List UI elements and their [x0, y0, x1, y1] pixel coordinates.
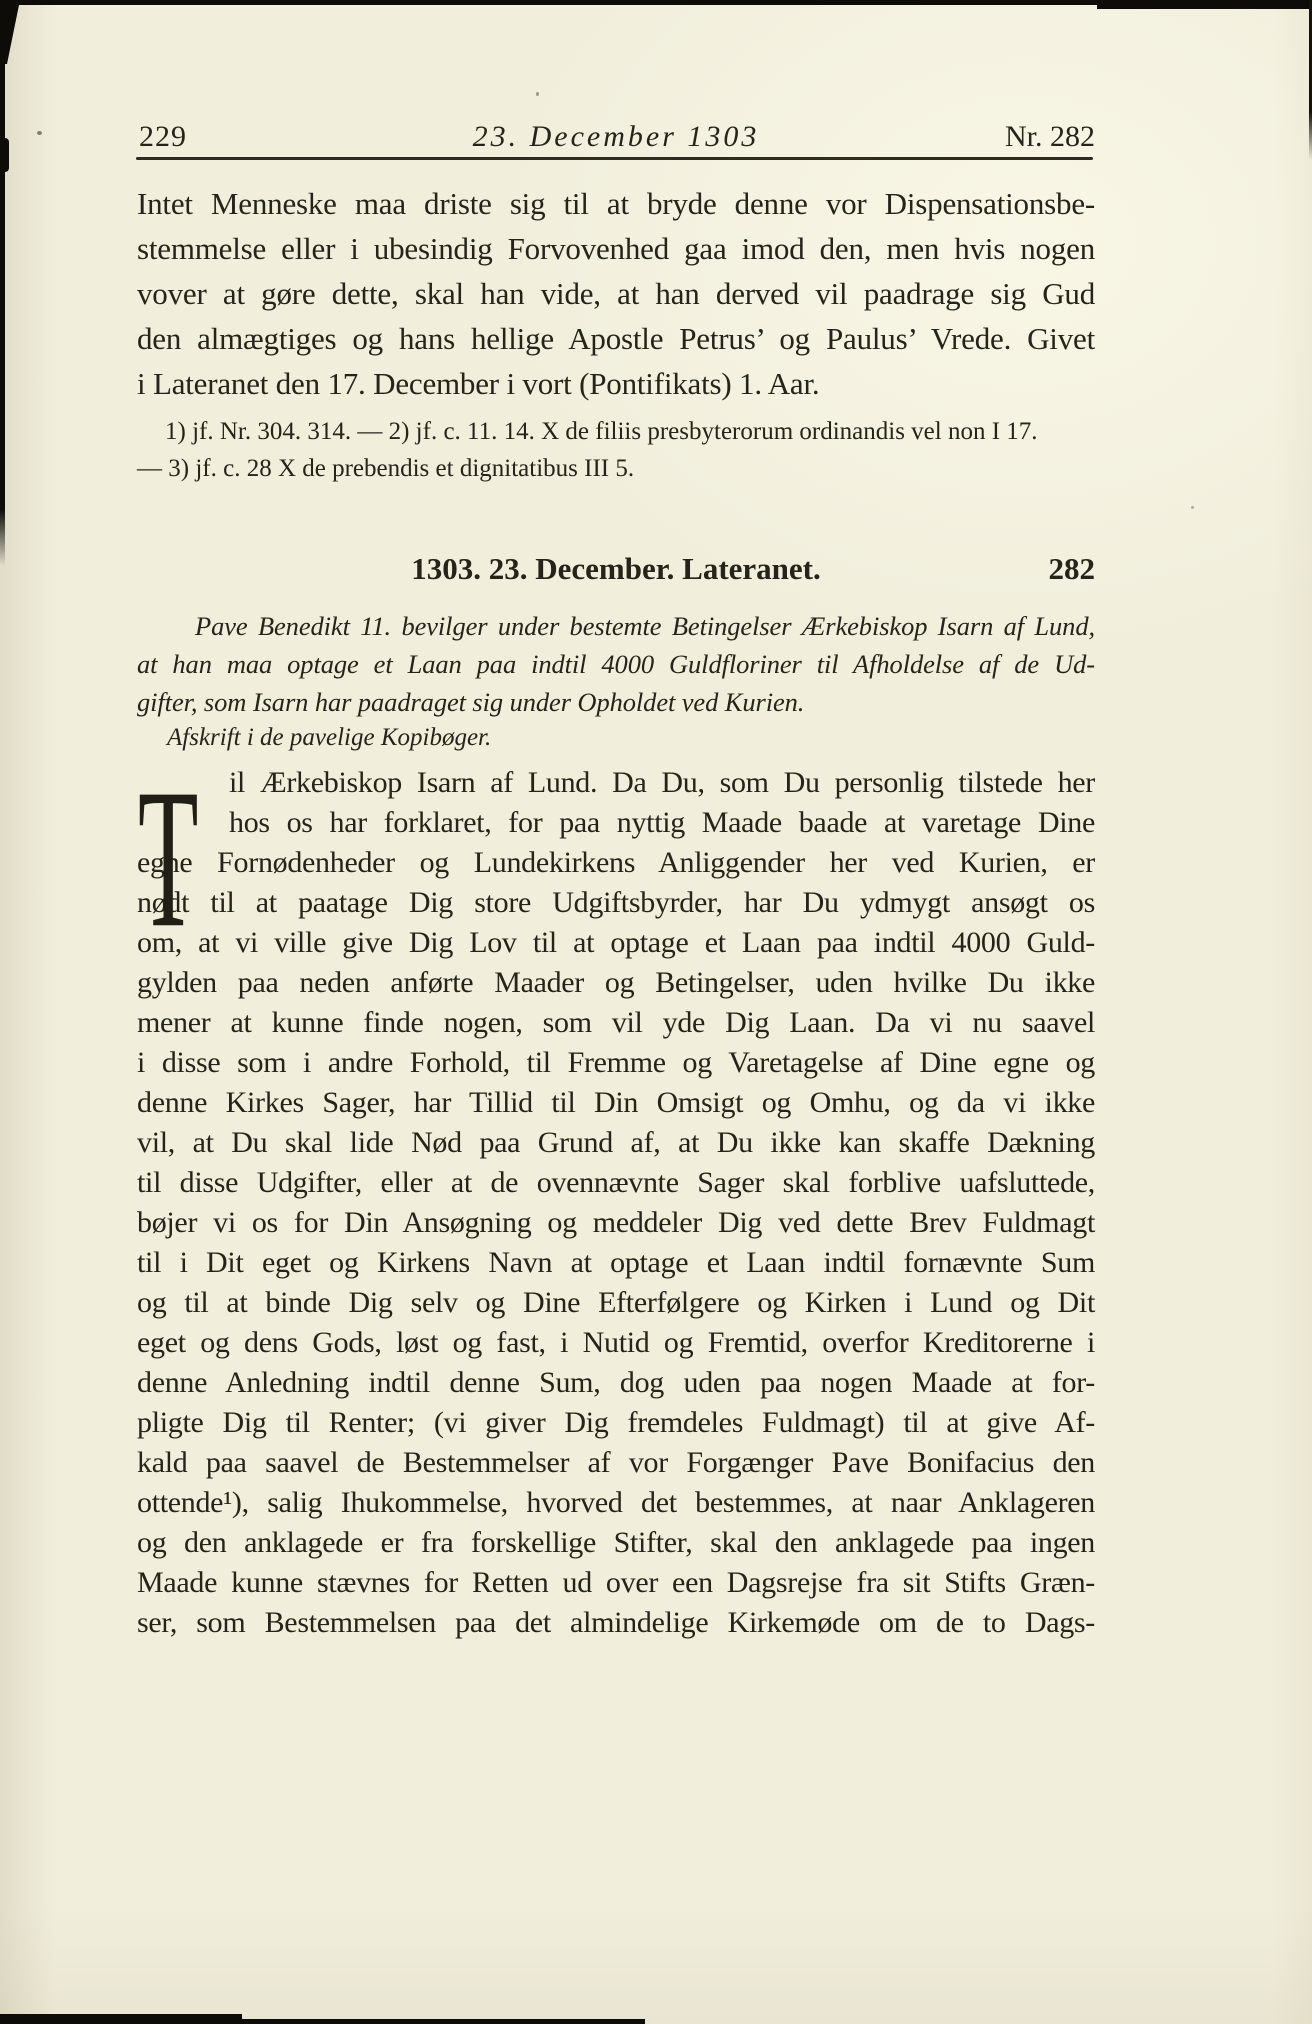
drop-cap-initial: T: [138, 759, 198, 959]
text-line: om, at vi ville give Dig Lov til at opta…: [137, 923, 1095, 963]
text-line: nødt til at paatage Dig store Udgiftsbyr…: [137, 883, 1095, 923]
entry-heading: 1303. 23. December. Lateranet.: [411, 551, 821, 586]
source-note: Afskrift i de pavelige Kopibøger.: [137, 724, 1095, 752]
text-line: pligte Dig til Renter; (vi giver Dig fre…: [137, 1403, 1095, 1443]
text-line: at han maa optage et Laan paa indtil 400…: [137, 645, 1095, 683]
entry-body-wrap: T il Ærkebiskop Isarn af Lund. Da Du, so…: [137, 763, 1095, 1643]
header-rule: [136, 157, 1093, 160]
text-line: denne Anledning indtil denne Sum, dog ud…: [137, 1363, 1095, 1403]
text-line: vover at gøre dette, skal han vide, at h…: [137, 271, 1095, 316]
text-line: i Lateranet den 17. December i vort (Pon…: [137, 361, 1095, 406]
footnote-apparatus: 1) jf. Nr. 304. 314. — 2) jf. c. 11. 14.…: [137, 413, 1095, 487]
previous-entry-continuation: Intet Menneske maa driste sig til at bry…: [137, 181, 1095, 406]
book-page-scan: 229 23. December 1303 Nr. 282 Intet Menn…: [0, 0, 1312, 2024]
text-line: gylden paa neden anførte Maader og Betin…: [137, 963, 1095, 1003]
page-number: 229: [139, 120, 187, 154]
entry-body: il Ærkebiskop Isarn af Lund. Da Du, som …: [137, 763, 1095, 1643]
text-line: — 3) jf. c. 28 X de prebendis et dignita…: [137, 450, 1095, 487]
text-line: i disse som i andre Forhold, til Fremme …: [137, 1043, 1095, 1083]
entry-number-reference: Nr. 282: [1005, 120, 1095, 154]
text-line: Maade kunne stævnes for Retten ud over e…: [137, 1563, 1095, 1603]
text-line: il Ærkebiskop Isarn af Lund. Da Du, som …: [137, 763, 1095, 803]
entry-number: 282: [1049, 551, 1096, 587]
text-line: bøjer vi os for Din Ansøgning og meddele…: [137, 1203, 1095, 1243]
text-line: til i Dit eget og Kirkens Navn at optage…: [137, 1243, 1095, 1283]
running-title: 23. December 1303: [473, 120, 760, 154]
text-line: og til at binde Dig selv og Dine Efterfø…: [137, 1283, 1095, 1323]
text-line: stemmelse eller i ubesindig Forvovenhed …: [137, 226, 1095, 271]
text-line: til disse Udgifter, eller at de ovennævn…: [137, 1163, 1095, 1203]
scan-edge-bottom-thick: [0, 2014, 242, 2024]
paper-speck: [1191, 506, 1194, 509]
page-header: 229 23. December 1303 Nr. 282: [137, 112, 1095, 154]
text-line: kald paa saavel de Bestemmelser af vor F…: [137, 1443, 1095, 1483]
text-line: ser, som Bestemmelsen paa det almindelig…: [137, 1603, 1095, 1643]
text-line: eget og dens Gods, løst og fast, i Nutid…: [137, 1323, 1095, 1363]
entry-heading-row: 1303. 23. December. Lateranet. 282: [137, 551, 1095, 589]
text-line: 1) jf. Nr. 304. 314. — 2) jf. c. 11. 14.…: [137, 413, 1095, 450]
scan-edge-top-right: [1097, 0, 1312, 9]
text-line: vil, at Du skal lide Nød paa Grund af, a…: [137, 1123, 1095, 1163]
text-line: hos os har forklaret, for paa nyttig Maa…: [137, 803, 1095, 843]
text-line: ottende¹), salig Ihukommelse, hvorved de…: [137, 1483, 1095, 1523]
text-line: denne Kirkes Sager, har Tillid til Din O…: [137, 1083, 1095, 1123]
text-line: Pave Benedikt 11. bevilger under bestemt…: [137, 607, 1095, 645]
text-line: den almægtiges og hans hellige Apostle P…: [137, 316, 1095, 361]
text-line: gifter, som Isarn har paadraget sig unde…: [137, 683, 1095, 721]
text-line: og den anklagede er fra forskellige Stif…: [137, 1523, 1095, 1563]
text-line: egne Fornødenheder og Lundekirkens Anlig…: [137, 843, 1095, 883]
paper-speck: [37, 131, 42, 135]
scan-edge-left-notch: [0, 138, 9, 172]
scan-edge-left: [0, 0, 5, 566]
scan-edge-bottom-thin: [240, 2019, 645, 2024]
text-line: mener at kunne finde nogen, som vil yde …: [137, 1003, 1095, 1043]
paper-speck: [536, 92, 539, 96]
entry-summary: Pave Benedikt 11. bevilger under bestemt…: [137, 607, 1095, 721]
text-line: Intet Menneske maa driste sig til at bry…: [137, 181, 1095, 226]
